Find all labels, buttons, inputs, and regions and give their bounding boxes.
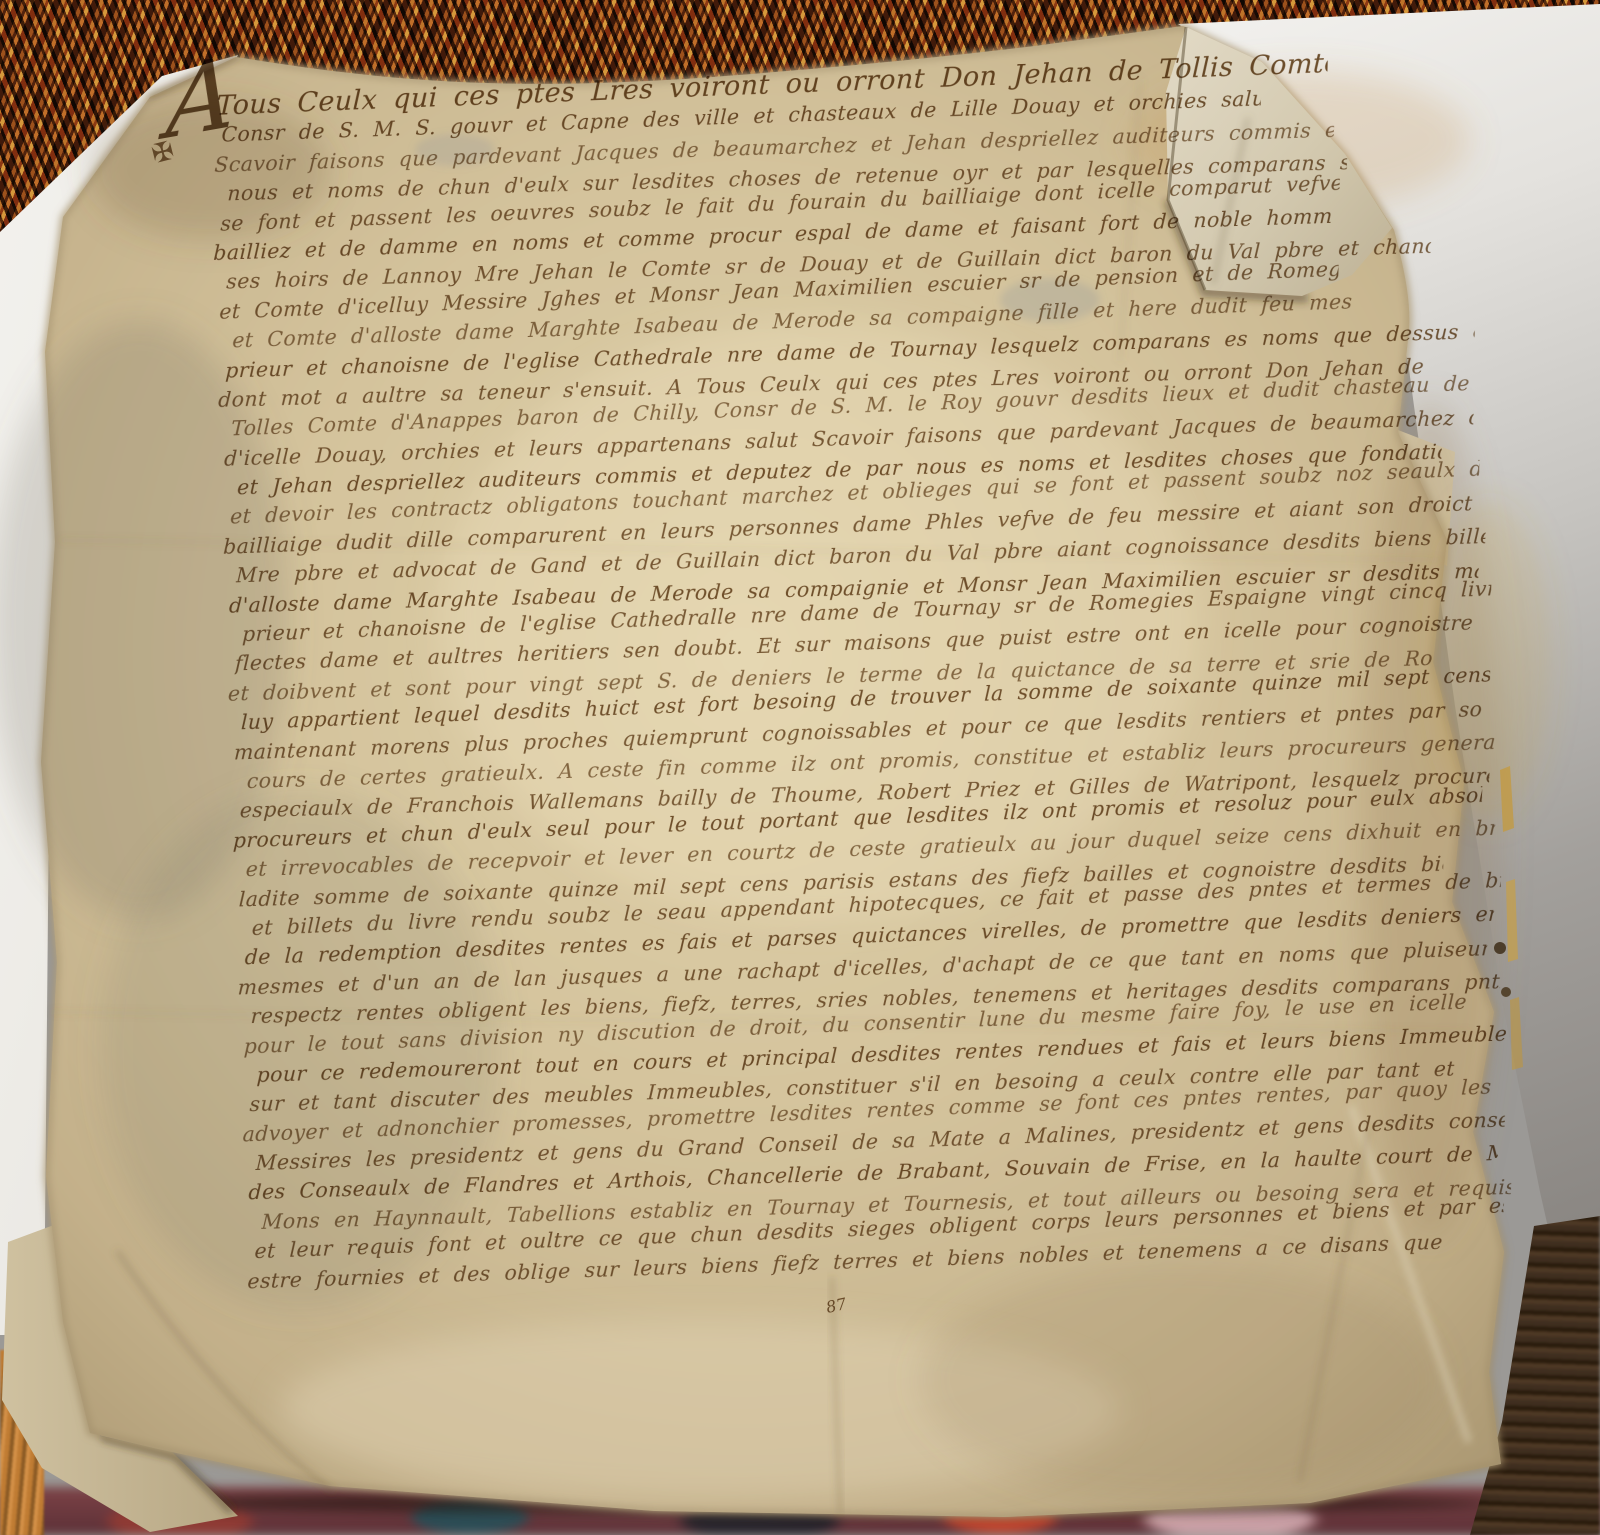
manuscript-text-block: Tous Ceulx qui ces ptes Lres voiront ou …: [208, 50, 1502, 1296]
